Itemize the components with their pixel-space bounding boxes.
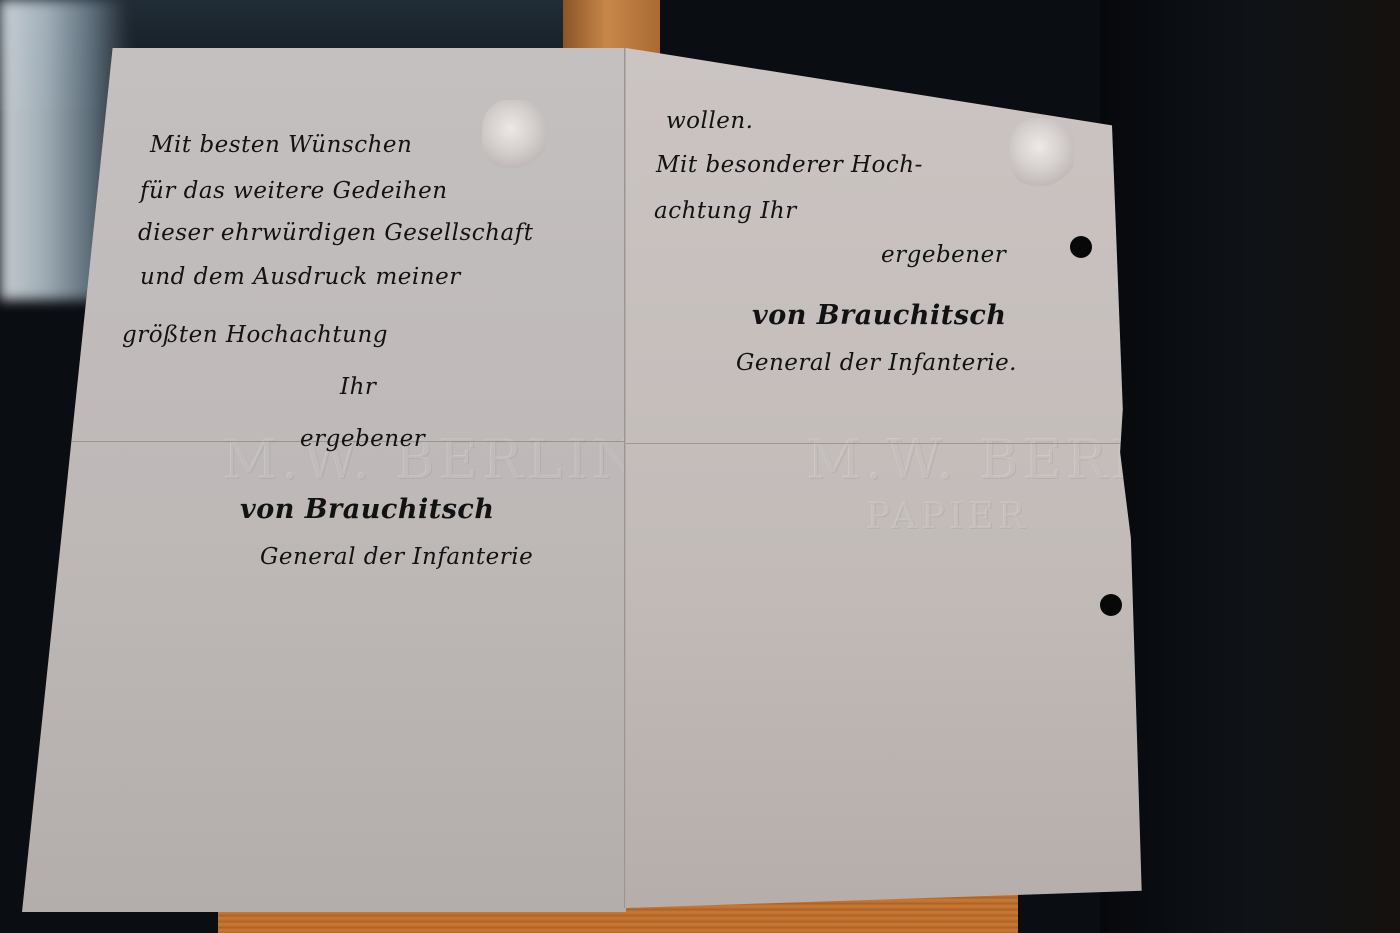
signature: von Brauchitsch: [240, 494, 494, 525]
fold-crease: [626, 443, 1146, 444]
letterhead-emboss-sub: PAPIER: [866, 496, 1029, 537]
letter-left-page: M.W. BERLIN Mit besten Wünschen für das …: [22, 48, 626, 912]
embossed-crest-icon: [1010, 118, 1074, 190]
signature: von Brauchitsch: [752, 300, 1006, 331]
background-bookshelf: [1100, 0, 1400, 933]
letter-line: größten Hochachtung: [122, 322, 388, 348]
letter-line: ergebener: [881, 242, 1006, 268]
letterhead-emboss: M.W. BERLIN: [806, 428, 1166, 491]
punch-hole: [1070, 236, 1092, 258]
letter-line: Mit besonderer Hoch-: [656, 152, 923, 178]
letter-line: dieser ehrwürdigen Gesellschaft: [138, 220, 533, 246]
letter-line: achtung Ihr: [654, 198, 797, 224]
letter-line: und dem Ausdruck meiner: [140, 264, 461, 290]
signature-title: General der Infanterie: [260, 544, 533, 570]
letter-line: Mit besten Wünschen: [150, 132, 412, 158]
letter-line: wollen.: [666, 108, 753, 134]
letter-line: ergebener: [300, 426, 425, 452]
letter-line: für das weitere Gedeihen: [140, 178, 448, 204]
punch-hole: [1100, 594, 1122, 616]
embossed-crest-icon: [482, 100, 546, 172]
letter-right-page: M.W. BERLIN PAPIER wollen. Mit besondere…: [626, 48, 1166, 908]
signature-title: General der Infanterie.: [736, 350, 1017, 376]
letter-line: Ihr: [340, 374, 376, 400]
